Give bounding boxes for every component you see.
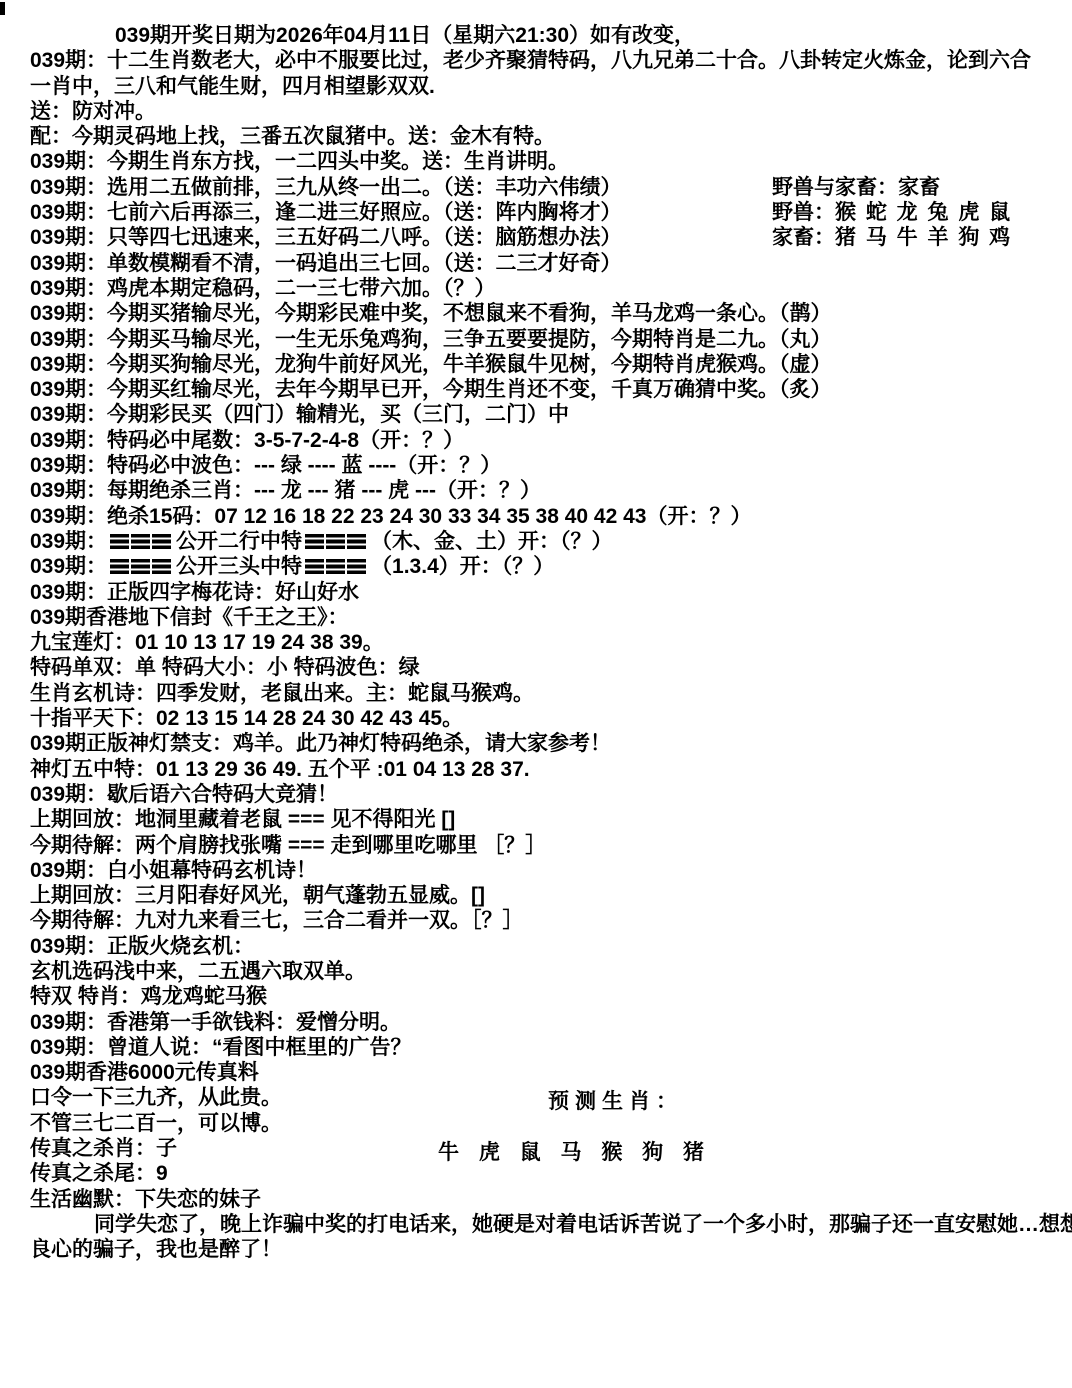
line-text: 生活幽默：下失恋的妹子 [30,1188,261,1211]
line-text: 039期：十二生肖数老大，必中不服要比过，老少齐聚猜特码，八九兄弟二十合。八卦转… [30,49,1031,72]
trigram-icon [305,529,368,554]
text-line: 特码单双：单 特码大小：小 特码波色：绿 [0,655,1072,680]
text-line: 神灯五中特：01 13 29 36 49. 五个平 :01 04 13 28 3… [0,757,1072,782]
trigram-bar-glyph [305,559,324,574]
line-text: 039期：今期买猪输尽光，今期彩民难中奖，不想鼠来不看狗，羊马龙鸡一条心。（鹊） [30,302,832,325]
trigram-bar-glyph [152,534,171,549]
line-text: 生肖玄机诗：四季发财，老鼠出来。主：蛇鼠马猴鸡。 [30,682,534,705]
text-line: 生肖玄机诗：四季发财，老鼠出来。主：蛇鼠马猴鸡。 [0,681,1072,706]
right-column-text: 家畜：猪 马 牛 羊 狗 鸡 [772,225,1010,250]
line-text: 039期：曾道人说：“看图中框里的广告？ [30,1036,412,1059]
line-text: （木、金、土）开：（？） [371,530,613,553]
text-line: 039期：今期生肖东方找，一二四头中奖。送：生肖讲明。 [0,149,1072,174]
text-line: 039期：正版火烧玄机： [0,934,1072,959]
line-text: 公开三头中特 [176,555,302,578]
text-line: 上期回放：地洞里藏着老鼠 === 见不得阳光 [] [0,807,1072,832]
text-line: 039期：香港第一手欲钱料：爱憎分明。 [0,1010,1072,1035]
text-line: 039期：单数模糊看不清，一码追出三七回。（送：二三才好奇） [0,251,1072,276]
trigram-bar-glyph [326,559,345,574]
line-text: 039期正版神灯禁支：鸡羊。此乃神灯特码绝杀，请大家参考！ [30,732,611,755]
text-line: 039期开奖日期为2026年04月11日（星期六21:30）如有改变， [0,23,1072,48]
line-text: 同学失恋了，晚上诈骗中奖的打电话来，她硬是对着电话诉苦说了一个多小时，那骗子还一… [94,1213,1072,1236]
text-line: 039期：今期买狗输尽光，龙狗牛前好风光，牛羊猴鼠牛见树，今期特肖虎猴鸡。（虚） [0,352,1072,377]
line-text: 玄机选码浅中来，二五遇六取双单。 [30,960,366,983]
text-line: 不管三七二百一，可以博。 [0,1111,1072,1136]
line-text: 送：防对冲。 [30,100,156,123]
text-line: 039期：绝杀15码：07 12 16 18 22 23 24 30 33 34… [0,504,1072,529]
line-text: 特码单双：单 特码大小：小 特码波色：绿 [30,656,420,679]
trigram-bar-glyph [305,534,324,549]
text-line: 今期待解：两个肩膀找张嘴 === 走到哪里吃哪里 ［？］ [0,833,1072,858]
text-line: 039期香港地下信封《千王之王》： [0,605,1072,630]
right-column-text: 野兽与家畜：家畜 [772,175,940,200]
text-line: 039期：特码必中波色：--- 绿 ---- 蓝 ----（开：？） [0,453,1072,478]
line-text: 神灯五中特：01 13 29 36 49. 五个平 :01 04 13 28 3… [30,758,530,781]
line-text: 今期待解：九对九来看三七，三合二看并一双。［？］ [30,909,524,932]
line-text: 十指平天下：02 13 15 14 28 24 30 42 43 45。 [30,707,463,730]
line-text: 良心的骗子，我也是醉了！ [30,1238,282,1261]
trigram-bar-glyph [347,559,366,574]
line-text: 039期香港6000元传真料 [30,1061,259,1084]
text-line: 039期：选用二五做前排，三九从终一出二。（送：丰功六伟绩）野兽与家畜：家畜 [0,175,1072,200]
line-text: 039期：正版四字梅花诗：好山好水 [30,581,359,604]
line-text: 039期：鸡虎本期定稳码，二一三七带六加。（？） [30,277,496,300]
line-text: 传真之杀尾：9 [30,1162,168,1185]
line-text: 039期：选用二五做前排，三九从终一出二。（送：丰功六伟绩） [30,176,622,199]
line-text: 一肖中，三八和气能生财，四月相望影双双. [30,75,435,98]
text-line: 十指平天下：02 13 15 14 28 24 30 42 43 45。 [0,706,1072,731]
trigram-bar-glyph [347,534,366,549]
text-line: 039期：今期买马输尽光，一生无乐兔鸡狗，三争五要要提防，今期特肖是二九。（丸） [0,327,1072,352]
text-line: 039期：歇后语六合特码大竞猜！ [0,782,1072,807]
text-line: 上期回放：三月阳春好风光，朝气蓬勃五显威。[] [0,883,1072,908]
line-text: 039期：白小姐幕特码玄机诗！ [30,859,317,882]
line-text: 039期：七前六后再添三，逢二进三好照应。（送：阵内胸将才） [30,201,622,224]
text-line: 039期：鸡虎本期定稳码，二一三七带六加。（？） [0,276,1072,301]
text-line: 039期：每期绝杀三肖：--- 龙 --- 猪 --- 虎 ---（开：？） [0,478,1072,503]
text-line: 039期：公开三头中特（1.3.4）开：（？） [0,554,1072,579]
text-line: 039期：只等四七迅速来，三五好码二八呼。（送：脑筋想办法）家畜：猪 马 牛 羊… [0,225,1072,250]
line-text: 上期回放：地洞里藏着老鼠 === 见不得阳光 [] [30,808,455,831]
trigram-bar-glyph [110,559,129,574]
line-text: 039期：今期买马输尽光，一生无乐兔鸡狗，三争五要要提防，今期特肖是二九。（丸） [30,328,832,351]
text-line: 今期待解：九对九来看三七，三合二看并一双。［？］ [0,908,1072,933]
text-line: 039期：今期买猪输尽光，今期彩民难中奖，不想鼠来不看狗，羊马龙鸡一条心。（鹊） [0,301,1072,326]
line-text: 039期：今期彩民买（四门）输精光，买（三门，二门）中 [30,403,569,426]
text-lines: 039期开奖日期为2026年04月11日（星期六21:30）如有改变，039期：… [0,23,1072,1263]
trigram-bar-glyph [131,559,150,574]
text-line: 039期：正版四字梅花诗：好山好水 [0,580,1072,605]
line-text: 今期待解：两个肩膀找张嘴 === 走到哪里吃哪里 ［？］ [30,834,546,857]
text-line: 配：今期灵码地上找，三番五次鼠猪中。送：金木有特。 [0,124,1072,149]
line-text: 039期：只等四七迅速来，三五好码二八呼。（送：脑筋想办法） [30,226,622,249]
text-line: 同学失恋了，晚上诈骗中奖的打电话来，她硬是对着电话诉苦说了一个多小时，那骗子还一… [0,1212,1072,1237]
text-line: 039期：白小姐幕特码玄机诗！ [0,858,1072,883]
text-line: 一肖中，三八和气能生财，四月相望影双双. [0,74,1072,99]
trigram-bar-glyph [152,559,171,574]
line-text: 039期开奖日期为2026年04月11日（星期六21:30）如有改变， [115,24,695,47]
text-line: 039期：特码必中尾数：3-5-7-2-4-8（开：？） [0,428,1072,453]
line-text: 传真之杀肖：子 [30,1137,177,1160]
line-text: 特双 特肖：鸡龙鸡蛇马猴 [30,985,267,1008]
line-text: 039期：特码必中尾数：3-5-7-2-4-8（开：？） [30,429,464,452]
text-line: 039期：今期买红输尽光，去年今期早已开，今期生肖还不变，千真万确猜中奖。（炙） [0,377,1072,402]
trigram-icon [305,554,368,579]
line-text: 039期：特码必中波色：--- 绿 ---- 蓝 ----（开：？） [30,454,501,477]
line-text: 上期回放：三月阳春好风光，朝气蓬勃五显威。[] [30,884,485,907]
text-line: 039期：七前六后再添三，逢二进三好照应。（送：阵内胸将才）野兽：猴 蛇 龙 兔… [0,200,1072,225]
line-text: 039期：单数模糊看不清，一码追出三七回。（送：二三才好奇） [30,252,622,275]
line-text: 039期： [30,530,107,553]
right-column-text: 野兽：猴 蛇 龙 兔 虎 鼠 [772,200,1010,225]
text-line: 送：防对冲。 [0,99,1072,124]
text-line: 口令一下三九齐，从此贵。预测生肖： [0,1085,1072,1110]
line-text: 039期：今期买狗输尽光，龙狗牛前好风光，牛羊猴鼠牛见树，今期特肖虎猴鸡。（虚） [30,353,832,376]
line-text: 039期：今期买红输尽光，去年今期早已开，今期生肖还不变，千真万确猜中奖。（炙） [30,378,832,401]
trigram-bar-glyph [131,534,150,549]
line-text: 公开二行中特 [176,530,302,553]
line-text: 039期： [30,555,107,578]
text-line: 039期：曾道人说：“看图中框里的广告？ [0,1035,1072,1060]
line-text: 039期：绝杀15码：07 12 16 18 22 23 24 30 33 34… [30,505,751,528]
text-line: 039期：今期彩民买（四门）输精光，买（三门，二门）中 [0,402,1072,427]
line-text: 039期：每期绝杀三肖：--- 龙 --- 猪 --- 虎 ---（开：？） [30,479,541,502]
line-text: 不管三七二百一，可以博。 [30,1112,282,1135]
text-line: 生活幽默：下失恋的妹子 [0,1187,1072,1212]
text-line: 玄机选码浅中来，二五遇六取双单。 [0,959,1072,984]
text-line: 特双 特肖：鸡龙鸡蛇马猴 [0,984,1072,1009]
text-line: 039期：十二生肖数老大，必中不服要比过，老少齐聚猜特码，八九兄弟二十合。八卦转… [0,48,1072,73]
line-text: 九宝莲灯：01 10 13 17 19 24 38 39。 [30,631,384,654]
text-line: 传真之杀尾：9 [0,1161,1072,1186]
trigram-bar-glyph [110,534,129,549]
line-text: 配：今期灵码地上找，三番五次鼠猪中。送：金木有特。 [30,125,555,148]
line-text: 039期：歇后语六合特码大竞猜！ [30,783,338,806]
text-line: 039期：公开二行中特（木、金、土）开：（？） [0,529,1072,554]
trigram-bar-glyph [326,534,345,549]
line-text: 039期：正版火烧玄机： [30,935,254,958]
line-text: 039期：香港第一手欲钱料：爱憎分明。 [30,1011,401,1034]
line-text: 039期香港地下信封《千王之王》： [30,606,349,629]
lottery-tip-sheet: 039期开奖日期为2026年04月11日（星期六21:30）如有改变，039期：… [0,0,1072,1388]
text-line: 九宝莲灯：01 10 13 17 19 24 38 39。 [0,630,1072,655]
text-line: 039期香港6000元传真料 [0,1060,1072,1085]
text-line: 传真之杀肖：子牛 虎 鼠 马 猴 狗 猪 [0,1136,1072,1161]
trigram-icon [110,554,173,579]
scan-artifact-mark [0,2,5,15]
line-text: （1.3.4）开：（？） [371,555,554,578]
text-line: 039期正版神灯禁支：鸡羊。此乃神灯特码绝杀，请大家参考！ [0,731,1072,756]
line-text: 口令一下三九齐，从此贵。 [30,1086,282,1109]
text-line: 良心的骗子，我也是醉了！ [0,1237,1072,1262]
trigram-icon [110,529,173,554]
line-text: 039期：今期生肖东方找，一二四头中奖。送：生肖讲明。 [30,150,569,173]
